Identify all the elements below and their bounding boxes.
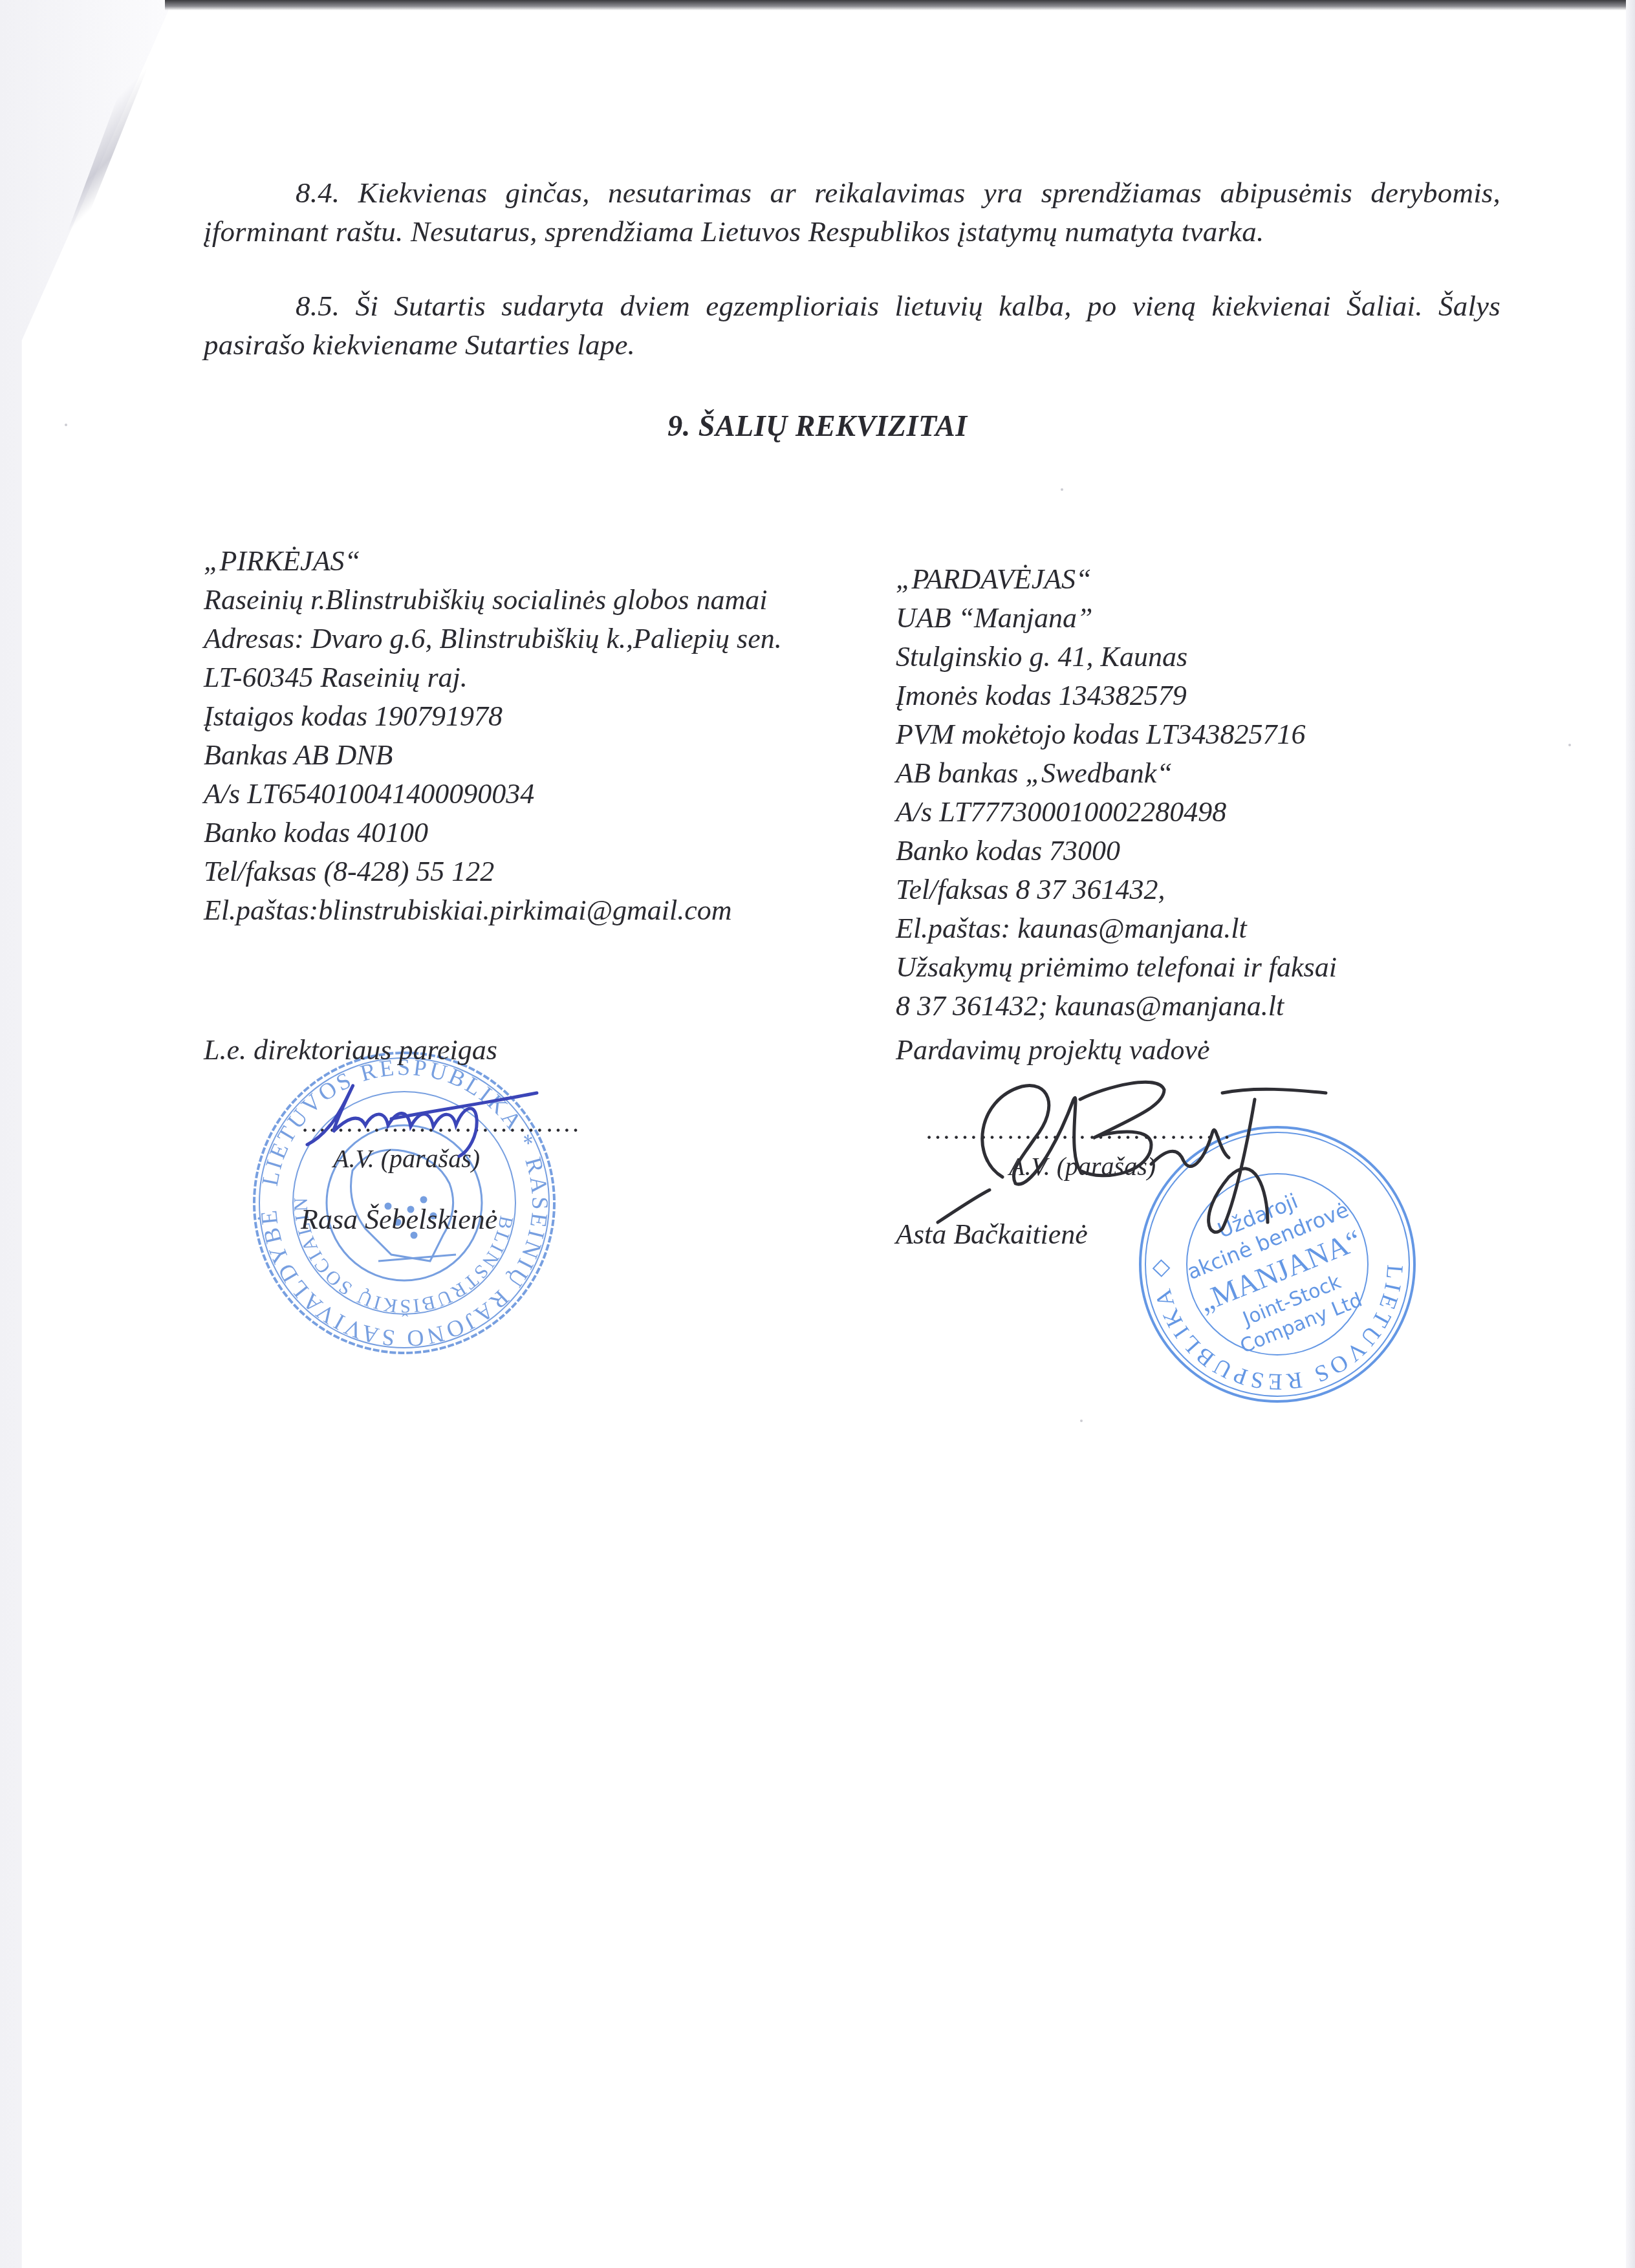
clause-8-5: 8.5. Ši Sutartis sudaryta dviem egzempli… [204, 286, 1500, 364]
buyer-line: Tel/faksas (8-428) 55 122 [204, 852, 782, 891]
signatory-title: L.e. direktoriaus pareigas [204, 1033, 497, 1066]
buyer-line: Adresas: Dvaro g.6, Blinstrubiškių k.,Pa… [204, 620, 782, 658]
scan-speck [65, 424, 67, 426]
seller-line: UAB “Manjana” [896, 599, 1337, 638]
signature-caption: A.V. (parašas) [1009, 1151, 1156, 1182]
clause-number: 8.4. [296, 177, 340, 209]
seller-line: Užsakymų priėmimo telefonai ir faksai [896, 948, 1337, 987]
scan-edge-top [165, 0, 1635, 10]
seller-line: 8 37 361432; kaunas@manjana.lt [896, 987, 1337, 1026]
buyer-line: Banko kodas 40100 [204, 814, 782, 852]
clause-text: Ši Sutartis sudaryta dviem egzemplioriai… [204, 290, 1500, 361]
scan-edge-right [1626, 0, 1635, 2268]
signature-caption: A.V. (parašas) [333, 1143, 480, 1174]
seller-line: Įmonės kodas 134382579 [896, 676, 1337, 715]
signature-line: ……………………………. [925, 1115, 1231, 1145]
seller-role: „PARDAVĖJAS“ [896, 560, 1337, 599]
buyer-role: „PIRKĖJAS“ [204, 542, 782, 581]
section-heading: 9. ŠALIŲ REKVIZITAI [0, 409, 1635, 443]
buyer-details: „PIRKĖJAS“ Raseinių r.Blinstrubiškių soc… [204, 542, 782, 930]
seller-details: „PARDAVĖJAS“ UAB “Manjana” Stulginskio g… [896, 560, 1337, 1026]
seller-line: Stulginskio g. 41, Kaunas [896, 638, 1337, 676]
scan-speck [1568, 744, 1571, 746]
buyer-line: LT-60345 Raseinių raj. [204, 658, 782, 697]
signatory-name: Rasa Šebelskienė [301, 1203, 497, 1236]
signature-line: …………………………. [301, 1108, 580, 1138]
seller-stamp-icon: LIETUVOS RESPUBLIKA ◇ REPUBLIC OF LITHUA… [1135, 1122, 1420, 1407]
buyer-email: El.paštas:blinstrubiskiai.pirkimai@gmail… [204, 891, 782, 930]
buyer-line: Bankas AB DNB [204, 736, 782, 775]
buyer-line: A/s LT654010041400090034 [204, 775, 782, 814]
buyer-line: Įstaigos kodas 190791978 [204, 697, 782, 736]
buyer-line: Raseinių r.Blinstrubiškių socialinės glo… [204, 581, 782, 620]
clause-8-4: 8.4. Kiekvienas ginčas, nesutarimas ar r… [204, 173, 1500, 251]
scan-speck [1061, 488, 1063, 491]
signatory-title: Pardavimų projektų vadovė [896, 1033, 1209, 1066]
seller-email: El.paštas: kaunas@manjana.lt [896, 909, 1337, 948]
scan-speck [1080, 1420, 1083, 1422]
scan-margin-left [0, 0, 168, 2268]
seller-line: A/s LT777300010002280498 [896, 793, 1337, 832]
seller-line: PVM mokėtojo kodas LT343825716 [896, 715, 1337, 754]
clause-text: Kiekvienas ginčas, nesutarimas ar reikal… [204, 177, 1500, 248]
seller-line: AB bankas „Swedbank“ [896, 754, 1337, 793]
seller-line: Tel/faksas 8 37 361432, [896, 870, 1337, 909]
seller-line: Banko kodas 73000 [896, 832, 1337, 870]
signatory-name: Asta Bačkaitienė [896, 1218, 1088, 1251]
clause-number: 8.5. [296, 290, 340, 322]
